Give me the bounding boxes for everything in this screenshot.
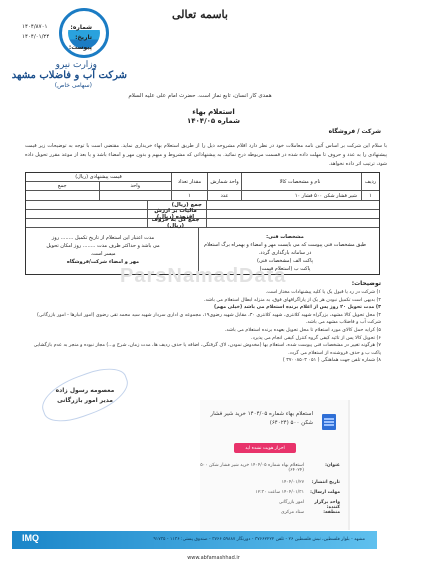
note-item: ۳) مدت تحویل ۲۰ روز پس از اعلام برنده اس… (25, 304, 381, 312)
card-field-organizer: واحد برگزار کننده: امور بازرگانی (200, 500, 340, 510)
notes-list: ۱) شرکت در رد یا قبول یک یا کلیه پیشنهاد… (25, 289, 381, 365)
company-subtitle: (سهامی خاص) (55, 82, 92, 89)
auth-status-button[interactable]: احراز هویت نشده اید (234, 443, 296, 453)
website-link[interactable]: www.abfamashhad.ir (0, 555, 427, 561)
tender-card: استعلام بهاء شماره ۱۴۰۴/۰۵ خرید شیر فشار… (200, 400, 350, 530)
signer-name: معصومه رسول زاده (55, 386, 115, 396)
card-field-publish-date: تاریخ انتشار: ۱۴۰۴/۰۱/۲۷ (200, 480, 340, 485)
company-name: شرکت آب و فاضلاب مشهد (12, 70, 127, 81)
ministry-name: وزارت نیرو (56, 60, 97, 70)
card-field-deadline: مهلت ارسال: ۱۴۰۴/۰۱/۳۱ ساعت ۱۲:۳۰ (200, 490, 340, 495)
total-price-input[interactable] (26, 191, 99, 200)
technical-specs: مشخصات فنی: طبق مشخصات فنی پیوست که می ب… (190, 233, 380, 273)
meta-attachment: پیوست: (22, 42, 92, 52)
unit-price-input[interactable] (99, 191, 172, 200)
summary-row: مالیات بر ارزش افزوده (ریال) (26, 210, 379, 219)
meta-number: شماره: ۱۴۰۴/۸۷۰۱ (22, 22, 92, 32)
summary-row: جمع (ریال) (26, 201, 379, 210)
notes-title: توضیحات: (352, 280, 381, 287)
summary-row: جمع کل به حروف (ریال) (26, 219, 379, 228)
note-item: ۶) تحویل کالا پس از تائید کیفی گروه کنتر… (25, 335, 381, 343)
note-item: ۱) شرکت در رد یا قبول یک یا کلیه پیشنهاد… (25, 289, 381, 297)
card-title[interactable]: استعلام بهاء شماره ۱۴۰۴/۰۵ خرید شیر فشار… (203, 410, 313, 428)
building-icon (322, 414, 336, 430)
card-field-title: عنوان: استعلام بهاء شماره ۱۴۰۴/۰۵ خرید ش… (200, 463, 340, 473)
table-row: ۱ شیر فشار شکن ۵۰۰ فشار ۱۰ عدد ۱ (26, 191, 379, 201)
note-item: ۴) محل تحویل کالا مشهد، بزرگراه شهید کلا… (25, 312, 381, 327)
recipient-label: شرکت / فروشگاه (329, 128, 381, 135)
letter-meta: شماره: ۱۴۰۴/۸۷۰۱ تاریخ: ۱۴۰۴/۰۱/۲۴ پیوست… (22, 22, 92, 52)
note-item: ۸) شماره تلفن جهت هماهنگی ( ۰۵۱ ۳۷۰۰۸۵۰۳… (25, 357, 381, 365)
intro-paragraph: با سلام این شرکت بر اساس آئین نامه معامل… (25, 142, 387, 169)
note-item: ۵) کرایه حمل کالای مورد استعلام تا محل ت… (25, 327, 381, 335)
validity-terms: مدت اعتبار این استعلام از تاریخ تکمیل ..… (28, 234, 178, 266)
card-field-region: منطقه: ستاد مرکزی (200, 510, 340, 515)
document-title: استعلام بهاء شماره ۱۴۰۴/۰۵ (0, 108, 427, 126)
motto: همدی کار انسان، تابع نماز است. حضرت امام… (100, 93, 300, 99)
signer-role: مدیر امور بازرگانی (55, 396, 115, 406)
note-item: ۲) بدیهی است تکمیل نبودن هر یک از پاراگر… (25, 297, 381, 305)
imq-logo: IMQ (22, 533, 39, 543)
basmala: باسمه تعالی (172, 8, 228, 21)
table-header: ردیف نام و مشخصات کالا واحد شمارش مقدار … (26, 173, 379, 191)
meta-date: تاریخ: ۱۴۰۴/۰۱/۲۴ (22, 32, 92, 42)
price-group-header: قیمت پیشنهادی (ریال) واحد جمع (26, 173, 171, 190)
note-item: ۷) هرگونه تغییر در مشخصات فنی پیوست شده،… (25, 342, 381, 357)
signer-block: معصومه رسول زاده مدیر امور بازرگانی (55, 386, 115, 406)
footer-address: مشهد - بلوار فلسطین، نبش فلسطین ۲۶ - تلف… (153, 537, 365, 542)
